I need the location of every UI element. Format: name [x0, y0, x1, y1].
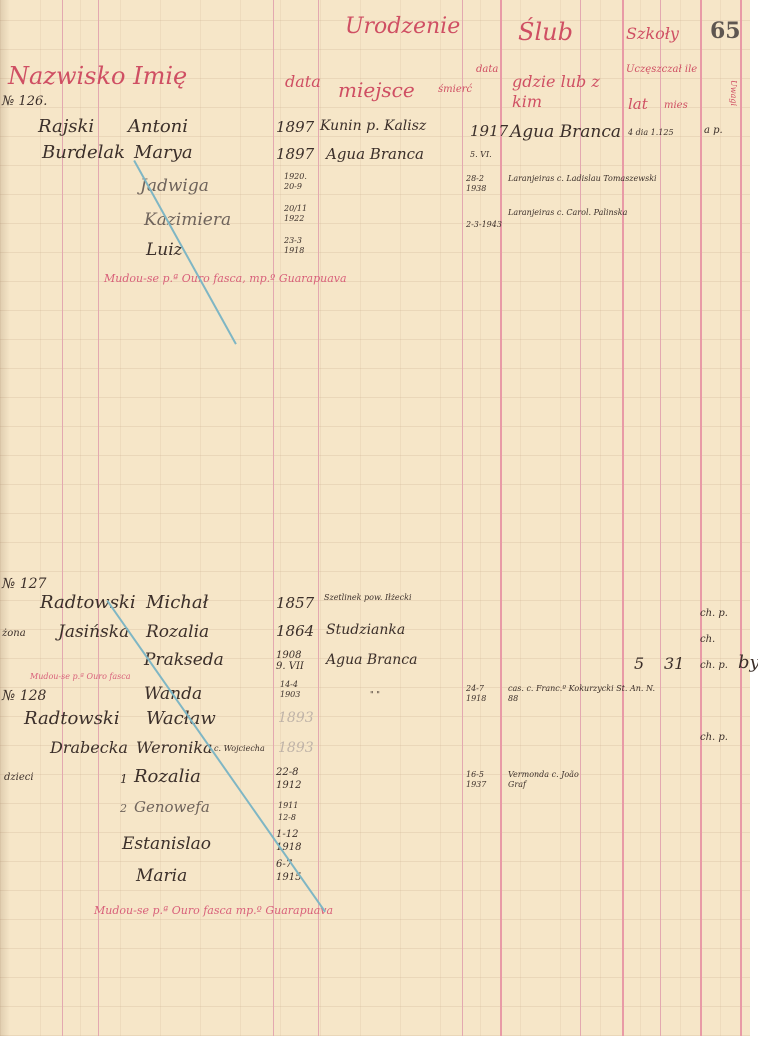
marriage-date: 5. VI.	[470, 150, 492, 159]
note: ch. p.	[700, 608, 728, 619]
given-name: Wacław	[146, 708, 216, 729]
given-name: Genowefa	[134, 798, 210, 816]
column-rule	[740, 0, 742, 1036]
birth-date: 1897	[276, 118, 314, 136]
column-rule	[462, 0, 463, 1036]
child-index: 1	[120, 772, 128, 786]
birth-place: Studzianka	[326, 622, 405, 638]
surname: Radtowski	[40, 592, 136, 613]
birth-date: 1893	[278, 710, 314, 726]
birth-date: 23-3 1918	[284, 236, 314, 256]
header-birth: Urodzenie	[345, 14, 460, 39]
birth-place: Kunin p. Kalisz	[320, 118, 426, 134]
header-name: Nazwisko Imię	[8, 62, 187, 90]
column-rule	[660, 0, 661, 1036]
birth-date: 14-4 1903	[280, 680, 310, 700]
header-birth-date: data	[285, 72, 321, 91]
header-marriage-date: data	[476, 64, 498, 75]
header-death: śmierć	[438, 84, 472, 95]
school-info: 4 dia 1.125	[628, 128, 674, 137]
margin-mark: by	[738, 652, 758, 673]
birth-date: 6-7 1915	[276, 858, 310, 884]
birth-date: 1857	[276, 594, 314, 612]
column-rule	[700, 0, 702, 1036]
marriage-date: 24-7 1918	[466, 684, 496, 704]
given-name: Prakseda	[144, 650, 224, 670]
marriage-place: Laranjeiras c. Ladislau Tomaszewski	[508, 174, 658, 184]
header-school-years: Uczęszczał ile	[626, 64, 697, 75]
entry-number: № 126.	[2, 94, 47, 109]
marriage-place: Vermonda c. João Graf	[508, 770, 588, 790]
father-name: c. Wojciecha	[214, 744, 265, 753]
role-label: dzieci	[4, 772, 34, 783]
surname: Rajski	[38, 116, 94, 137]
surname: Drabecka	[50, 738, 128, 757]
given-name: Estanislao	[122, 834, 211, 854]
column-rule	[622, 0, 624, 1036]
entry-number: № 128	[2, 688, 46, 704]
surname: Jasińska	[58, 622, 129, 642]
entry-remark: Mudou-se p.ª Ouro fasca, mp.º Guarapuava	[104, 272, 347, 285]
birth-place: Agua Branca	[326, 652, 417, 668]
given-name: Rozalia	[146, 622, 209, 642]
given-name: Jadwiga	[140, 176, 209, 196]
birth-date: 1897	[276, 145, 314, 163]
header-marriage: Ślub	[518, 18, 573, 46]
given-name: Michał	[146, 592, 208, 613]
surname: Burdelak	[42, 142, 125, 163]
birth-date: 22-8 1912	[276, 766, 310, 792]
birth-date: 1920. 20-9	[284, 172, 314, 192]
child-index: 2	[120, 802, 127, 815]
given-name: Rozalia	[134, 766, 201, 787]
column-rule	[580, 0, 581, 1036]
birth-date: 1911 12-8	[278, 800, 308, 824]
given-name: Marya	[134, 142, 193, 163]
birth-place: " "	[370, 690, 380, 699]
birth-date: 1908 9. VII	[276, 650, 310, 672]
school-months: 31	[664, 654, 684, 673]
birth-date: 1864	[276, 622, 314, 640]
header-margin-note: Uwagi	[729, 80, 738, 106]
marriage-date: 16-5 1937	[466, 770, 496, 790]
marriage-place: Laranjeiras c. Carol. Palinska	[466, 206, 656, 220]
given-name: Luiz	[146, 240, 183, 260]
birth-date: 20/11 1922	[284, 204, 314, 224]
given-name: Maria	[136, 866, 187, 886]
birth-date: 1893	[278, 740, 314, 756]
given-name: Kazimiera	[144, 210, 231, 230]
marriage-date: 28-2 1938	[466, 174, 496, 194]
header-school-lat: lat	[628, 95, 648, 113]
note: ch.	[700, 634, 715, 645]
given-name: Weronika	[136, 738, 213, 757]
column-rule	[273, 0, 274, 1036]
column-rule	[318, 0, 319, 1036]
note: ch. p.	[700, 732, 728, 743]
marriage-place: cas. c. Franc.º Kokurzycki St. An. N. 88	[508, 684, 658, 704]
page-number: 65	[710, 18, 741, 44]
header-marriage-place: gdzie lub z kim	[512, 72, 612, 112]
header-birth-place: miejsce	[338, 78, 415, 102]
marriage-date: 2-3-1943	[466, 220, 502, 229]
birth-place: Szetlinek pow. Iłżecki	[324, 592, 454, 604]
entry-remark: Mudou-se p.ª Ouro fasca mp.º Guarapuava	[94, 904, 333, 917]
surname: Radtowski	[24, 708, 120, 729]
column-rule	[500, 0, 502, 1036]
header-school-mies: mies	[664, 100, 688, 111]
school-years: 5	[634, 654, 644, 673]
note: ch. p.	[700, 660, 728, 671]
given-name: Antoni	[128, 116, 188, 137]
marriage-date: 1917	[470, 122, 508, 140]
role-label: żona	[2, 628, 26, 639]
marriage-place: Agua Branca	[510, 122, 621, 142]
note: a p.	[704, 125, 723, 136]
entry-remark: Mudou-se p.ª Ouro fasca	[30, 672, 131, 681]
header-school: Szkoły	[626, 24, 679, 43]
birth-place: Agua Branca	[326, 145, 424, 163]
ledger-page: 65 Nazwisko Imię Urodzenie data miejsce …	[0, 0, 750, 1036]
entry-number: № 127	[2, 576, 46, 592]
